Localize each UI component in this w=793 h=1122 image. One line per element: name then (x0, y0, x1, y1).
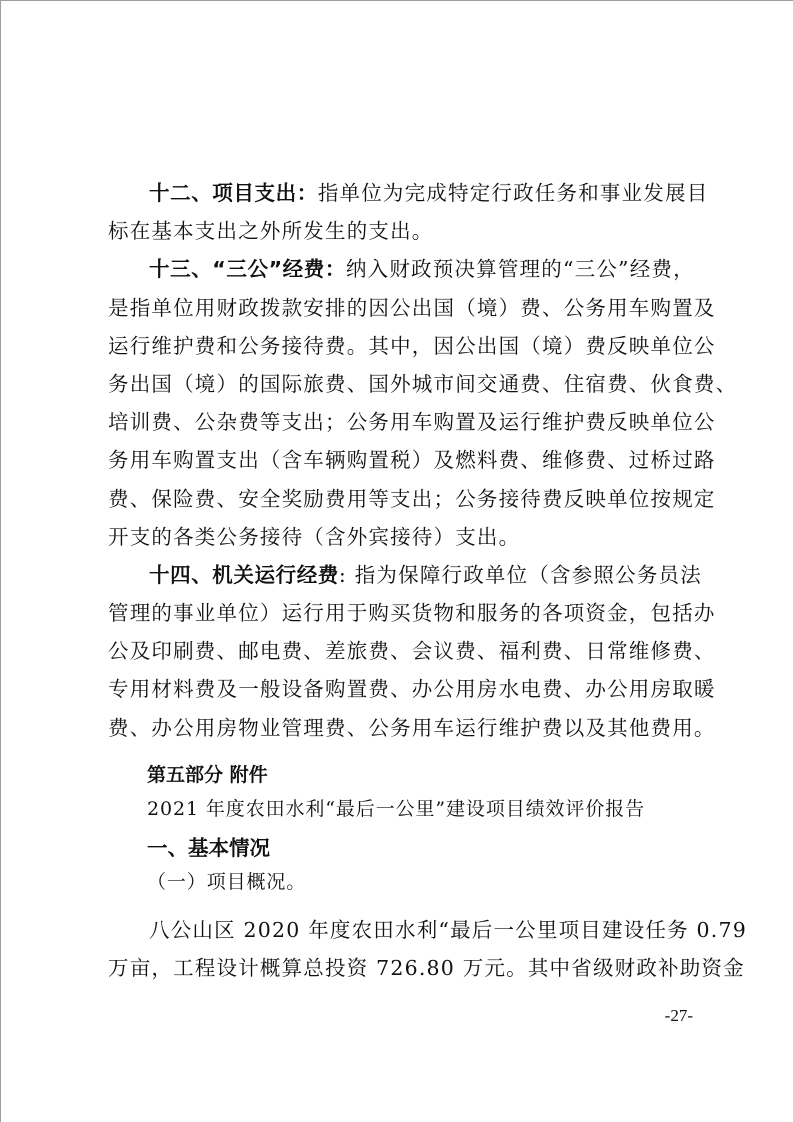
item13-line-8: 开支的各类公务接待（含外宾接待）支出。 (108, 518, 690, 556)
item14-line-2: 管理的事业单位）运行用于购买货物和服务的各项资金，包括办 (108, 594, 690, 632)
item14-line-1: 十四、机关运行经费: 指为保障行政单位（含参照公务员法 (108, 556, 690, 594)
item12-label: 十二、项目支出： (149, 181, 318, 205)
item12-line-2: 标在基本支出之外所发生的支出。 (108, 212, 690, 250)
page-number: -27- (665, 1004, 693, 1028)
item13-line-3: 运行维护费和公务接待费。其中，因公出国（境）费反映单位公 (108, 327, 690, 365)
item13-line-5: 培训费、公杂费等支出；公务用车购置及运行维护费反映单位公 (108, 403, 690, 441)
item14-line-3: 公及印刷费、邮电费、差旅费、会议费、福利费、日常维修费、 (108, 632, 690, 670)
part5-title: 第五部分 附件 (147, 761, 268, 789)
item13-line-4: 务出国（境）的国际旅费、国外城市间交通费、住宿费、伙食费、 (108, 365, 690, 403)
item13-line-2: 是指单位用财政拨款安排的因公出国（境）费、公务用车购置及 (108, 289, 690, 327)
project-overview-paragraph: 八公山区 2020 年度农田水利“最后一公里项目建设任务 0.79 万亩，工程设… (108, 911, 690, 987)
item12-text-1: 指单位为完成特定行政任务和事业发展目 (318, 181, 709, 205)
item13-text-1: 纳入财政预决算管理的“三公”经费， (346, 257, 695, 281)
item14-text-1: 指为保障行政单位（含参照公务员法 (355, 563, 702, 587)
overview-line-1: 八公山区 2020 年度农田水利“最后一公里项目建设任务 0.79 (108, 911, 690, 949)
item13-line-6: 务用车购置支出（含车辆购置税）及燃料费、维修费、过桥过路 (108, 441, 690, 479)
item14-label: 十四、机关运行经费 (149, 563, 339, 587)
document-page: 十二、项目支出：指单位为完成特定行政任务和事业发展目 标在基本支出之外所发生的支… (0, 0, 793, 1122)
item12-line-1: 十二、项目支出：指单位为完成特定行政任务和事业发展目 (108, 174, 690, 212)
item14-colon: : (339, 563, 355, 587)
subheading-project-overview: （一）项目概况。 (147, 868, 306, 896)
heading-basic-info: 一、基本情况 (147, 833, 270, 863)
item13-label: 十三、“三公”经费： (149, 257, 346, 281)
report-title: 2021 年度农田水利“最后一公里”建设项目绩效评价报告 (147, 795, 645, 823)
item14-line-5: 费、办公用房物业管理费、公务用车运行维护费以及其他费用。 (108, 709, 690, 747)
definitions-block: 十二、项目支出：指单位为完成特定行政任务和事业发展目 标在基本支出之外所发生的支… (108, 174, 690, 747)
item13-line-1: 十三、“三公”经费：纳入财政预决算管理的“三公”经费， (108, 250, 690, 288)
item13-line-7: 费、保险费、安全奖励费用等支出；公务接待费反映单位按规定 (108, 480, 690, 518)
item14-line-4: 专用材料费及一般设备购置费、办公用房水电费、办公用房取暖 (108, 670, 690, 708)
overview-line-2: 万亩，工程设计概算总投资 726.80 万元。其中省级财政补助资金 (108, 949, 690, 987)
